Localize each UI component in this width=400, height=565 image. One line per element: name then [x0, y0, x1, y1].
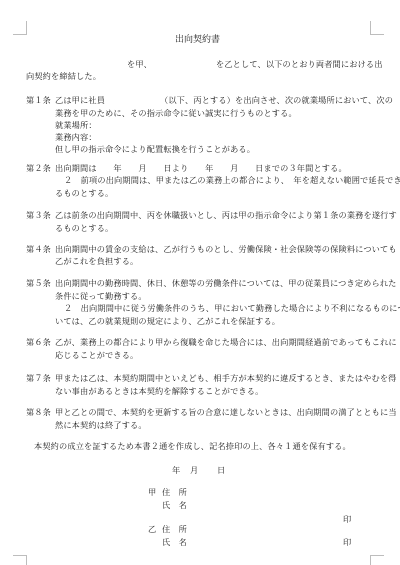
article-1-line: 乙は甲に社員 — [55, 95, 105, 105]
article-7-line: 甲または乙は、本契約期間中といえども、相手方が本契約に違反するとき、またはやむを… — [55, 373, 397, 383]
signature-party-a-label: 甲 — [148, 487, 156, 497]
article-8-line: 然に本契約は終了する。 — [55, 420, 147, 430]
article-1-workplace-label: 就業場所： — [55, 120, 97, 130]
article-1-line: 但し甲の指示命令により配置転換を行うことがある。 — [55, 144, 255, 154]
date-month: 月 — [190, 465, 198, 475]
article-1-line: 業務を甲のために、その指示命令に従い誠実に行うものとする。 — [55, 108, 297, 118]
date-day: 日 — [217, 465, 225, 475]
document-title: 出向契約書 — [175, 35, 220, 45]
article-6-line: 応じることができる。 — [55, 350, 138, 360]
article-5-line: いては、乙の就業規則の規定により、乙がこれを保証する。 — [55, 316, 280, 326]
article-5-number: 第５条 — [26, 278, 51, 288]
article-7-line: ない事由があるときは本契約を解除することができる。 — [55, 386, 263, 396]
article-3-line: るものとする。 — [55, 223, 113, 233]
article-6-number: 第６条 — [26, 337, 51, 347]
corner-mark-bottom-left — [13, 555, 27, 565]
closing-statement: 本契約の成立を証するため本書２通を作成し、記名捺印の上、各々１通を保有する。 — [34, 441, 351, 451]
signature-party-a-address-label: 住 所 — [162, 487, 187, 497]
article-6-line: 乙が、業務上の都合により甲から復職を命じた場合には、出向期間経過前であってもこれ… — [55, 337, 397, 347]
article-1-number: 第１条 — [26, 95, 51, 105]
article-1-duty-label: 業務内容： — [55, 132, 97, 142]
preamble-party-b: を乙として、以下のとおり両者間における出 — [216, 59, 383, 69]
article-3-line: 乙は前条の出向期間中、丙を休職扱いとし、丙は甲の指示命令により第１条の業務を遂行… — [55, 210, 397, 220]
article-1-line: （以下、丙とする）を出向させ、次の就業場所において、次の — [160, 95, 393, 105]
article-5-line: 出向期間中の勤務時間、休日、休憩等の労働条件については、甲の従業員につき定められ… — [55, 278, 397, 288]
signature-party-a-name-label: 氏 名 — [162, 500, 187, 510]
corner-mark-bottom-right — [370, 555, 384, 565]
article-2-line: ２ 前項の出向期間は、甲または乙の業務上の都合により、 年を超えない範囲で延長で… — [64, 175, 400, 185]
preamble-line2: 向契約を締結した。 — [26, 71, 101, 81]
corner-mark-top-right — [370, 21, 384, 35]
article-3-number: 第３条 — [26, 210, 51, 220]
article-2-number: 第２条 — [26, 163, 51, 173]
article-4-line: 乙がこれを負担する。 — [55, 256, 138, 266]
article-8-line: 甲と乙との間で、本契約を更新する旨の合意に達しないときは、出向期間の満了とともに… — [55, 407, 397, 417]
article-7-number: 第７条 — [26, 373, 51, 383]
article-2-line: るものとする。 — [55, 188, 113, 198]
article-4-number: 第４条 — [26, 244, 51, 254]
article-5-line: ２ 出向期間中に従う労働条件のうち、甲において勤務した場合により不利になるものに… — [64, 303, 400, 313]
date-year: 年 — [172, 465, 180, 475]
signature-party-b-label: 乙 — [148, 524, 156, 534]
signature-party-a-seal: 印 — [343, 514, 351, 524]
signature-party-b-address-label: 住 所 — [162, 524, 187, 534]
signature-party-b-name-label: 氏 名 — [162, 537, 187, 547]
article-5-line: 条件に従って勤務する。 — [55, 291, 147, 301]
document-page: 出向契約書 を甲、 を乙として、以下のとおり両者間における出 向契約を締結した。… — [0, 0, 400, 565]
article-8-number: 第８条 — [26, 407, 51, 417]
preamble-party-a: を甲、 — [127, 59, 152, 69]
article-2-line: 出向期間は 年 月 日より 年 月 日までの３年間とする。 — [55, 163, 347, 173]
corner-mark-top-left — [13, 21, 27, 35]
article-4-line: 出向期間中の賃金の支給は、乙が行うものとし、労働保険・社会保険等の保険料について… — [55, 244, 397, 254]
signature-party-b-seal: 印 — [343, 537, 351, 547]
